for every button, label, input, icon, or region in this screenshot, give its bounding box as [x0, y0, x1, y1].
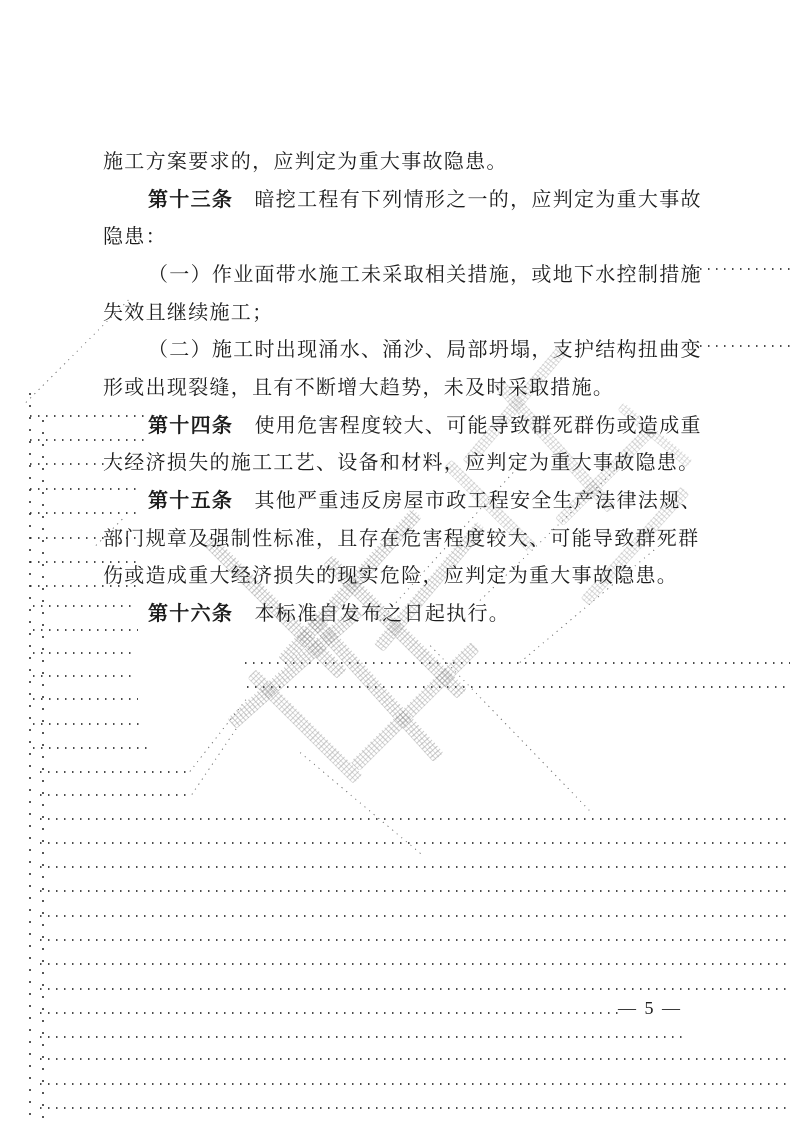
body-run: 使用危害程度较大、可能导致群死群伤或造成重 [233, 415, 702, 437]
text-line: 隐患： [103, 219, 743, 257]
article-heading: 第十五条 [148, 490, 233, 512]
text-line: 施工方案要求的，应判定为重大事故隐患。 [103, 144, 743, 182]
article-heading: 第十四条 [148, 415, 233, 437]
text-line: 部门规章及强制性标准，且存在危害程度较大、可能导致群死群 [103, 521, 743, 559]
bleedthrough-dotted-line [40, 915, 790, 917]
text-line: 第十六条 本标准自发布之日起执行。 [103, 596, 743, 634]
body-run: 部门规章及强制性标准，且存在危害程度较大、可能导致群死群 [103, 528, 699, 550]
article-heading: 第十三条 [148, 189, 233, 211]
bleedthrough-dotted-line [40, 1012, 620, 1014]
body-run: 失效且继续施工； [103, 302, 273, 324]
body-run: 隐患： [103, 226, 167, 248]
bleedthrough-dotted-line [40, 771, 192, 773]
bleedthrough-dotted-line [40, 866, 790, 868]
body-run: （二）施工时出现涌水、涌沙、局部坍塌，支护结构扭曲变 [148, 339, 702, 361]
bleedthrough-diagonal-line [429, 645, 590, 811]
body-run: （一）作业面带水施工未采取相关措施，或地下水控制措施 [148, 264, 702, 286]
bleedthrough-watermark-stroke [350, 642, 479, 771]
text-line: 第十三条 暗挖工程有下列情形之一的，应判定为重大事故 [103, 182, 743, 220]
bleedthrough-dotted-line [40, 1083, 790, 1085]
bleedthrough-dotted-line [40, 988, 790, 990]
text-line: 大经济损失的施工工艺、设备和材料，应判定为重大事故隐患。 [103, 445, 743, 483]
bleedthrough-dotted-line-vertical [29, 393, 31, 1119]
bleedthrough-dotted-line [40, 1107, 790, 1109]
bleedthrough-dotted-line [40, 1058, 790, 1060]
body-run: 本标准自发布之日起执行。 [233, 603, 510, 625]
body-text: 施工方案要求的，应判定为重大事故隐患。第十三条 暗挖工程有下列情形之一的，应判定… [103, 144, 743, 634]
bleedthrough-dotted-line [40, 1036, 688, 1038]
bleedthrough-diagonal-line [300, 752, 423, 856]
body-run: 大经济损失的施工工艺、设备和材料，应判定为重大事故隐患。 [103, 452, 699, 474]
bleedthrough-dotted-line [40, 842, 790, 844]
text-line: （二）施工时出现涌水、涌沙、局部坍塌，支护结构扭曲变 [103, 332, 743, 370]
bleedthrough-watermark-stroke [247, 669, 362, 784]
text-line: 伤或造成重大经济损失的现实危险，应判定为重大事故隐患。 [103, 558, 743, 596]
bleedthrough-dotted-line [33, 652, 133, 654]
bleedthrough-watermark-stroke [306, 612, 444, 763]
bleedthrough-dotted-line [40, 794, 190, 796]
bleedthrough-dotted-line [40, 963, 790, 965]
text-line: 形或出现裂缝，且有不断增大趋势，未及时采取措施。 [103, 370, 743, 408]
bleedthrough-diagonal-line [191, 728, 237, 795]
bleedthrough-dotted-line [33, 675, 133, 677]
bleedthrough-dotted-line [40, 939, 790, 941]
text-line: 第十四条 使用危害程度较大、可能导致群死群伤或造成重 [103, 408, 743, 446]
bleedthrough-dotted-line [33, 723, 143, 725]
bleedthrough-dotted-line [33, 698, 138, 700]
text-line: 失效且继续施工； [103, 295, 743, 333]
bleedthrough-dotted-line [33, 747, 151, 749]
article-heading: 第十六条 [148, 603, 233, 625]
bleedthrough-dotted-line [40, 890, 790, 892]
bleedthrough-dotted-line [40, 818, 790, 820]
bleedthrough-dotted-line [247, 686, 790, 688]
scanned-document-page: 施工方案要求的，应判定为重大事故隐患。第十三条 暗挖工程有下列情形之一的，应判定… [0, 0, 793, 1122]
page-number: — 5 — [618, 998, 718, 1019]
body-run: 伤或造成重大经济损失的现实危险，应判定为重大事故隐患。 [103, 565, 678, 587]
body-run: 施工方案要求的，应判定为重大事故隐患。 [103, 151, 508, 173]
bleedthrough-dotted-line-vertical [42, 420, 44, 1120]
body-run: 其他严重违反房屋市政工程安全生产法律法规、 [233, 490, 702, 512]
body-run: 暗挖工程有下列情形之一的，应判定为重大事故 [233, 189, 702, 211]
bleedthrough-diagonal-line [189, 696, 249, 772]
bleedthrough-dotted-line [245, 662, 790, 664]
text-line: 第十五条 其他严重违反房屋市政工程安全生产法律法规、 [103, 483, 743, 521]
text-line: （一）作业面带水施工未采取相关措施，或地下水控制措施 [103, 257, 743, 295]
body-run: 形或出现裂缝，且有不断增大趋势，未及时采取措施。 [103, 377, 614, 399]
